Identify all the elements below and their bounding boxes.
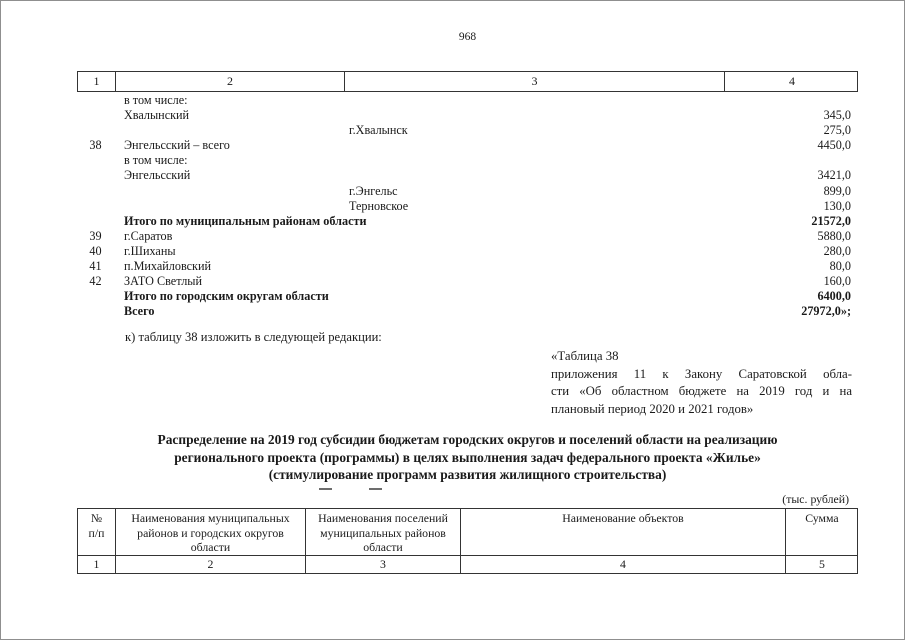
table-annotation-block: «Таблица 38 приложения 11 к Закону Сарат… [551, 348, 852, 418]
row-number-cell [77, 214, 114, 229]
row-number-cell [77, 123, 114, 138]
table-row: 38 Энгельсский – всего 4450,0 [77, 138, 858, 153]
row-number-cell [77, 153, 114, 168]
table-row: 39 г.Саратов 5880,0 [77, 229, 858, 244]
page-number: 968 [77, 31, 858, 43]
header-cell-sum: Сумма [785, 509, 858, 555]
amount-cell: 27972,0»; [723, 304, 858, 319]
row-number-cell [77, 108, 114, 123]
settlement-name-cell [343, 153, 723, 168]
settlement-name-cell: г.Хвалынск [343, 123, 723, 138]
main-table-header-row: № п/п Наименования муниципальных районов… [78, 509, 857, 555]
column-number-cell: 5 [785, 556, 858, 573]
settlement-name-cell [343, 259, 723, 274]
amount-cell: 4450,0 [723, 138, 858, 153]
table-row: в том числе: [77, 93, 858, 108]
settlement-name-cell [343, 304, 723, 319]
table-row: Энгельсский 3421,0 [77, 168, 858, 183]
header-cell-districts: Наименования муниципальных районов и гор… [115, 509, 305, 555]
row-number-cell: 39 [77, 229, 114, 244]
table-row: Хвалынский 345,0 [77, 108, 858, 123]
table-row-total: Всего 27972,0»; [77, 304, 858, 319]
amount-cell: 6400,0 [723, 289, 858, 304]
table-row: г.Энгельс 899,0 [77, 184, 858, 199]
district-name-cell: п.Михайловский [114, 259, 343, 274]
table-row-subtotal: Итого по муниципальным районам области 2… [77, 214, 858, 229]
settlement-name-cell [343, 289, 723, 304]
settlement-name-cell [343, 138, 723, 153]
row-number-cell [77, 184, 114, 199]
clause-paragraph: к) таблицу 38 изложить в следующей редак… [125, 330, 382, 345]
district-name-cell: г.Саратов [114, 229, 343, 244]
amount-cell: 3421,0 [723, 168, 858, 183]
row-number-cell: 38 [77, 138, 114, 153]
main-table: № п/п Наименования муниципальных районов… [77, 508, 858, 574]
amount-cell: 80,0 [723, 259, 858, 274]
annotation-line: «Таблица 38 [551, 348, 852, 366]
table-title: Распределение на 2019 год субсидии бюдже… [77, 431, 858, 484]
settlement-name-cell [343, 274, 723, 289]
column-number-cell: 4 [724, 72, 859, 91]
amount-cell: 345,0 [723, 108, 858, 123]
annotation-line: приложения 11 к Закону Саратовской обла- [551, 366, 852, 384]
row-number-cell [77, 289, 114, 304]
amount-cell [723, 153, 858, 168]
settlement-name-cell [343, 108, 723, 123]
row-number-cell: 41 [77, 259, 114, 274]
units-note: (тыс. рублей) [549, 492, 849, 507]
table-row: 42 ЗАТО Светлый 160,0 [77, 274, 858, 289]
amount-cell: 130,0 [723, 199, 858, 214]
district-name-cell: в том числе: [114, 153, 343, 168]
amount-cell: 21572,0 [723, 214, 858, 229]
settlement-name-cell: Терновское [343, 199, 723, 214]
continuation-table-header: 1 2 3 4 [77, 71, 858, 92]
scan-artifact-dash [319, 488, 332, 490]
row-number-cell: 40 [77, 244, 114, 259]
table-row-subtotal: Итого по городским округам области 6400,… [77, 289, 858, 304]
table-row: в том числе: [77, 153, 858, 168]
district-name-cell: в том числе: [114, 93, 343, 108]
column-number-cell: 3 [305, 556, 460, 573]
document-page: 968 1 2 3 4 в том числе: Хвалынский 345,… [0, 0, 905, 640]
district-name-cell [114, 199, 343, 214]
table-row: 41 п.Михайловский 80,0 [77, 259, 858, 274]
district-name-cell: Энгельсский – всего [114, 138, 343, 153]
district-name-cell: Итого по городским округам области [114, 289, 343, 304]
row-number-cell [77, 199, 114, 214]
settlement-name-cell [343, 229, 723, 244]
district-name-cell [114, 123, 343, 138]
table-row: 40 г.Шиханы 280,0 [77, 244, 858, 259]
district-name-cell: Итого по муниципальным районам области [114, 214, 343, 229]
district-name-cell: Энгельсский [114, 168, 343, 183]
header-cell-objects: Наименование объектов [460, 509, 785, 555]
district-name-cell: Хвалынский [114, 108, 343, 123]
district-name-cell: г.Шиханы [114, 244, 343, 259]
amount-cell [723, 93, 858, 108]
settlement-name-cell [343, 168, 723, 183]
settlement-name-cell [343, 244, 723, 259]
row-number-cell [77, 168, 114, 183]
main-table-colnum-row: 1 2 3 4 5 [78, 555, 857, 573]
amount-cell: 899,0 [723, 184, 858, 199]
district-name-cell: ЗАТО Светлый [114, 274, 343, 289]
header-cell-number: № п/п [78, 509, 115, 555]
row-number-cell [77, 304, 114, 319]
annotation-line: сти «Об областном бюджете на 2019 год и … [551, 383, 852, 401]
table-row: г.Хвалынск 275,0 [77, 123, 858, 138]
amount-cell: 5880,0 [723, 229, 858, 244]
annotation-line: плановый период 2020 и 2021 годов» [551, 401, 852, 419]
scan-artifact-dash [369, 488, 382, 490]
settlement-name-cell: г.Энгельс [343, 184, 723, 199]
amount-cell: 280,0 [723, 244, 858, 259]
column-number-cell: 4 [460, 556, 785, 573]
column-number-cell: 2 [115, 72, 344, 91]
column-number-cell: 2 [115, 556, 305, 573]
district-name-cell [114, 184, 343, 199]
column-number-cell: 1 [78, 72, 115, 91]
continuation-table-body: в том числе: Хвалынский 345,0 г.Хвалынск… [77, 93, 858, 319]
row-number-cell: 42 [77, 274, 114, 289]
district-name-cell: Всего [114, 304, 343, 319]
settlement-name-cell [343, 93, 723, 108]
table-row: Терновское 130,0 [77, 199, 858, 214]
row-number-cell [77, 93, 114, 108]
column-number-cell: 3 [344, 72, 724, 91]
header-cell-settlements: Наименования поселений муниципальных рай… [305, 509, 460, 555]
column-number-cell: 1 [78, 556, 115, 573]
amount-cell: 275,0 [723, 123, 858, 138]
amount-cell: 160,0 [723, 274, 858, 289]
settlement-name-cell [343, 214, 723, 229]
